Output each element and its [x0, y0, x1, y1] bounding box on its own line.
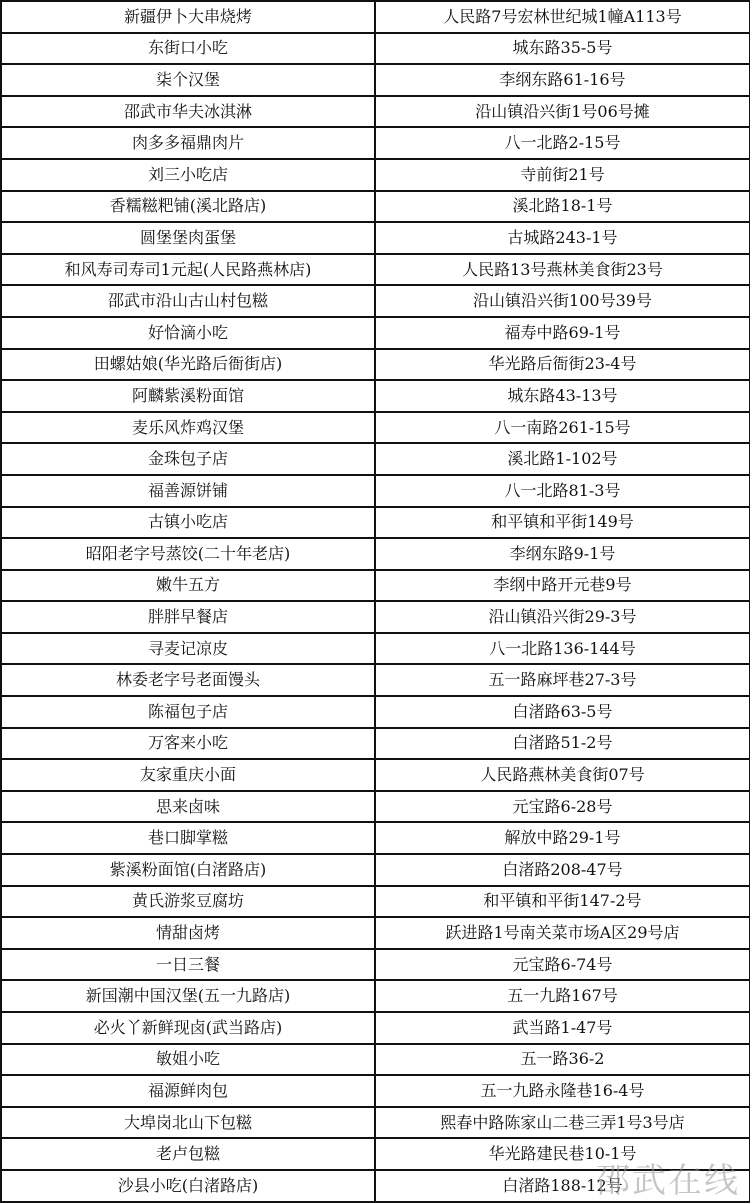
table-row: 思来卤味元宝路6-28号	[1, 791, 750, 823]
table-row: 寻麦记凉皮八一北路136-144号	[1, 633, 750, 665]
table-row: 敏姐小吃五一路36-2	[1, 1044, 750, 1076]
shop-name-cell: 柒个汉堡	[1, 64, 375, 96]
shop-address-cell: 五一九路永隆巷16-4号	[375, 1075, 750, 1107]
shop-address-cell: 李纲东路61-16号	[375, 64, 750, 96]
table-row: 大埠岗北山下包糍熙春中路陈家山二巷三弄1号3号店	[1, 1107, 750, 1139]
shop-name-cell: 林委老字号老面馒头	[1, 664, 375, 696]
shop-address-cell: 华光路后衙街23-4号	[375, 349, 750, 381]
table-row: 香糯糍粑铺(溪北路店)溪北路18-1号	[1, 191, 750, 223]
table-row: 圆堡堡肉蛋堡古城路243-1号	[1, 222, 750, 254]
shop-address-cell: 白渚路51-2号	[375, 728, 750, 760]
table-row: 麦乐风炸鸡汉堡八一南路261-15号	[1, 412, 750, 444]
shop-address-cell: 八一北路136-144号	[375, 633, 750, 665]
shop-name-cell: 圆堡堡肉蛋堡	[1, 222, 375, 254]
shop-address-cell: 溪北路18-1号	[375, 191, 750, 223]
shop-address-cell: 和平镇和平街149号	[375, 507, 750, 539]
shop-name-cell: 阿麟紫溪粉面馆	[1, 380, 375, 412]
shop-name-cell: 福源鲜肉包	[1, 1075, 375, 1107]
table-row: 古镇小吃店和平镇和平街149号	[1, 507, 750, 539]
shop-address-cell: 白渚路63-5号	[375, 696, 750, 728]
shop-name-cell: 刘三小吃店	[1, 159, 375, 191]
table-row: 金珠包子店溪北路1-102号	[1, 443, 750, 475]
shop-address-cell: 五一路麻坪巷27-3号	[375, 664, 750, 696]
table-row: 胖胖早餐店沿山镇沿兴街29-3号	[1, 601, 750, 633]
shop-address-cell: 李纲中路开元巷9号	[375, 570, 750, 602]
table-row: 昭阳老字号蒸饺(二十年老店)李纲东路9-1号	[1, 538, 750, 570]
shop-name-cell: 邵武市沿山古山村包糍	[1, 285, 375, 317]
shop-name-cell: 紫溪粉面馆(白渚路店)	[1, 854, 375, 886]
table-body: 新疆伊卜大串烧烤人民路7号宏林世纪城1幢A113号东街口小吃城东路35-5号柒个…	[1, 1, 750, 1202]
shop-name-cell: 昭阳老字号蒸饺(二十年老店)	[1, 538, 375, 570]
table-row: 刘三小吃店寺前街21号	[1, 159, 750, 191]
table-row: 福善源饼铺八一北路81-3号	[1, 475, 750, 507]
shop-address-cell: 解放中路29-1号	[375, 822, 750, 854]
table-row: 沙县小吃(白渚路店)白渚路188-12号	[1, 1170, 750, 1202]
shop-name-cell: 黄氏游浆豆腐坊	[1, 886, 375, 918]
shop-name-cell: 肉多多福鼎肉片	[1, 127, 375, 159]
table-row: 福源鲜肉包五一九路永隆巷16-4号	[1, 1075, 750, 1107]
shop-name-cell: 麦乐风炸鸡汉堡	[1, 412, 375, 444]
table-row: 万客来小吃白渚路51-2号	[1, 728, 750, 760]
shop-name-cell: 嫩牛五方	[1, 570, 375, 602]
table-row: 新疆伊卜大串烧烤人民路7号宏林世纪城1幢A113号	[1, 1, 750, 33]
shop-name-cell: 情甜卤烤	[1, 917, 375, 949]
shop-address-cell: 熙春中路陈家山二巷三弄1号3号店	[375, 1107, 750, 1139]
shop-address-cell: 城东路43-13号	[375, 380, 750, 412]
shop-address-cell: 武当路1-47号	[375, 1012, 750, 1044]
shop-address-cell: 八一北路81-3号	[375, 475, 750, 507]
table-row: 和风寿司寿司1元起(人民路燕林店)人民路13号燕林美食街23号	[1, 254, 750, 286]
table-row: 一日三餐元宝路6-74号	[1, 949, 750, 981]
shop-name-cell: 邵武市华夫冰淇淋	[1, 96, 375, 128]
shop-name-cell: 金珠包子店	[1, 443, 375, 475]
shop-address-cell: 元宝路6-74号	[375, 949, 750, 981]
shop-name-cell: 陈福包子店	[1, 696, 375, 728]
shop-address-cell: 八一南路261-15号	[375, 412, 750, 444]
table-row: 老卢包糍华光路建民巷10-1号	[1, 1138, 750, 1170]
shop-list-table: 新疆伊卜大串烧烤人民路7号宏林世纪城1幢A113号东街口小吃城东路35-5号柒个…	[0, 0, 750, 1203]
shop-address-cell: 人民路燕林美食街07号	[375, 759, 750, 791]
shop-address-cell: 五一路36-2	[375, 1044, 750, 1076]
table-row: 田螺姑娘(华光路后衙街店)华光路后衙街23-4号	[1, 349, 750, 381]
shop-name-cell: 友家重庆小面	[1, 759, 375, 791]
table-row: 柒个汉堡李纲东路61-16号	[1, 64, 750, 96]
shop-address-cell: 沿山镇沿兴街1号06号摊	[375, 96, 750, 128]
table-row: 林委老字号老面馒头五一路麻坪巷27-3号	[1, 664, 750, 696]
shop-name-cell: 东街口小吃	[1, 33, 375, 65]
shop-address-cell: 元宝路6-28号	[375, 791, 750, 823]
shop-name-cell: 好恰滴小吃	[1, 317, 375, 349]
shop-address-cell: 五一九路167号	[375, 980, 750, 1012]
table-row: 情甜卤烤跃进路1号南关菜市场A区29号店	[1, 917, 750, 949]
shop-name-cell: 一日三餐	[1, 949, 375, 981]
table-row: 陈福包子店白渚路63-5号	[1, 696, 750, 728]
shop-address-cell: 华光路建民巷10-1号	[375, 1138, 750, 1170]
table-row: 必火丫新鲜现卤(武当路店)武当路1-47号	[1, 1012, 750, 1044]
shop-address-cell: 福寿中路69-1号	[375, 317, 750, 349]
shop-address-cell: 李纲东路9-1号	[375, 538, 750, 570]
shop-name-cell: 福善源饼铺	[1, 475, 375, 507]
shop-address-cell: 白渚路208-47号	[375, 854, 750, 886]
shop-address-cell: 古城路243-1号	[375, 222, 750, 254]
shop-address-cell: 和平镇和平街147-2号	[375, 886, 750, 918]
table-row: 东街口小吃城东路35-5号	[1, 33, 750, 65]
shop-name-cell: 田螺姑娘(华光路后衙街店)	[1, 349, 375, 381]
shop-address-cell: 城东路35-5号	[375, 33, 750, 65]
shop-address-cell: 沿山镇沿兴街29-3号	[375, 601, 750, 633]
shop-address-cell: 沿山镇沿兴街100号39号	[375, 285, 750, 317]
shop-name-cell: 寻麦记凉皮	[1, 633, 375, 665]
shop-name-cell: 老卢包糍	[1, 1138, 375, 1170]
table-row: 好恰滴小吃福寿中路69-1号	[1, 317, 750, 349]
shop-address-cell: 溪北路1-102号	[375, 443, 750, 475]
shop-name-cell: 香糯糍粑铺(溪北路店)	[1, 191, 375, 223]
table-row: 肉多多福鼎肉片八一北路2-15号	[1, 127, 750, 159]
shop-name-cell: 新疆伊卜大串烧烤	[1, 1, 375, 33]
shop-name-cell: 古镇小吃店	[1, 507, 375, 539]
shop-list-table-container: 新疆伊卜大串烧烤人民路7号宏林世纪城1幢A113号东街口小吃城东路35-5号柒个…	[0, 0, 750, 1204]
shop-name-cell: 巷口脚掌糍	[1, 822, 375, 854]
shop-address-cell: 八一北路2-15号	[375, 127, 750, 159]
shop-name-cell: 万客来小吃	[1, 728, 375, 760]
shop-name-cell: 胖胖早餐店	[1, 601, 375, 633]
table-row: 紫溪粉面馆(白渚路店)白渚路208-47号	[1, 854, 750, 886]
table-row: 友家重庆小面人民路燕林美食街07号	[1, 759, 750, 791]
shop-name-cell: 敏姐小吃	[1, 1044, 375, 1076]
table-row: 阿麟紫溪粉面馆城东路43-13号	[1, 380, 750, 412]
table-row: 邵武市华夫冰淇淋沿山镇沿兴街1号06号摊	[1, 96, 750, 128]
shop-name-cell: 思来卤味	[1, 791, 375, 823]
shop-address-cell: 人民路7号宏林世纪城1幢A113号	[375, 1, 750, 33]
shop-address-cell: 跃进路1号南关菜市场A区29号店	[375, 917, 750, 949]
shop-name-cell: 新国潮中国汉堡(五一九路店)	[1, 980, 375, 1012]
shop-name-cell: 沙县小吃(白渚路店)	[1, 1170, 375, 1202]
table-row: 嫩牛五方李纲中路开元巷9号	[1, 570, 750, 602]
shop-address-cell: 白渚路188-12号	[375, 1170, 750, 1202]
shop-name-cell: 必火丫新鲜现卤(武当路店)	[1, 1012, 375, 1044]
shop-address-cell: 人民路13号燕林美食街23号	[375, 254, 750, 286]
shop-name-cell: 和风寿司寿司1元起(人民路燕林店)	[1, 254, 375, 286]
table-row: 巷口脚掌糍解放中路29-1号	[1, 822, 750, 854]
table-row: 黄氏游浆豆腐坊和平镇和平街147-2号	[1, 886, 750, 918]
shop-address-cell: 寺前街21号	[375, 159, 750, 191]
table-row: 新国潮中国汉堡(五一九路店)五一九路167号	[1, 980, 750, 1012]
table-row: 邵武市沿山古山村包糍沿山镇沿兴街100号39号	[1, 285, 750, 317]
shop-name-cell: 大埠岗北山下包糍	[1, 1107, 375, 1139]
